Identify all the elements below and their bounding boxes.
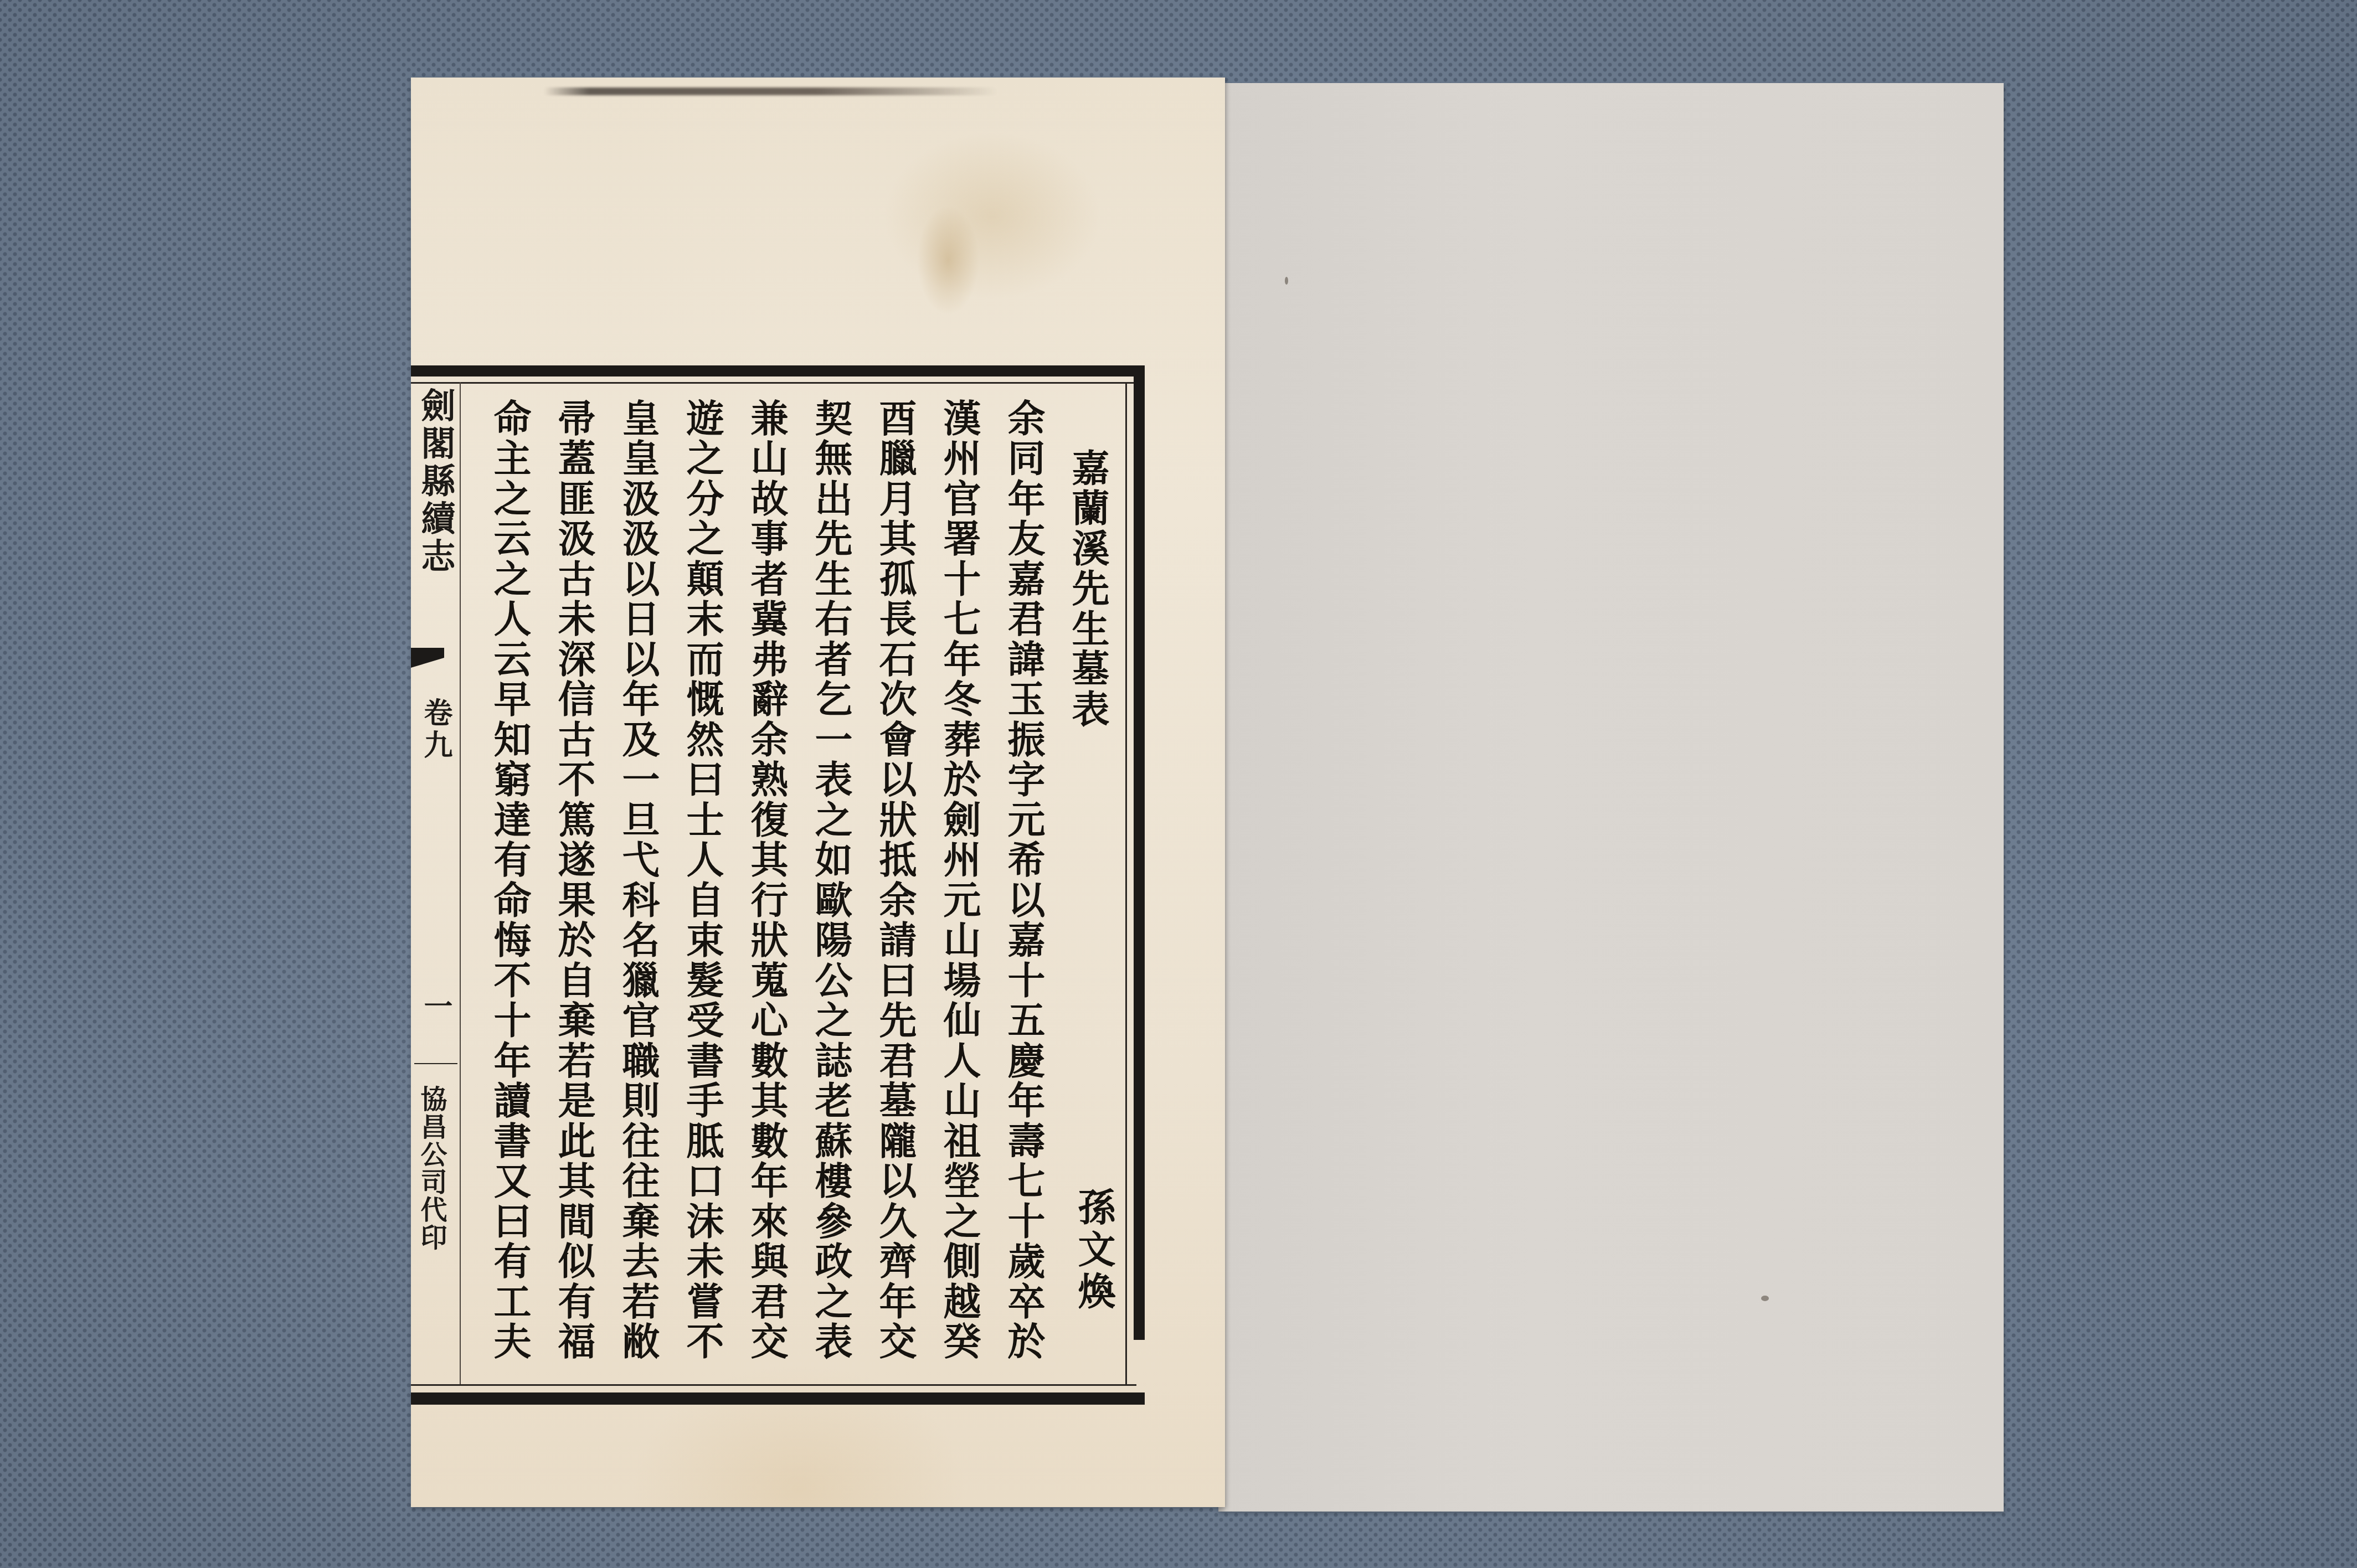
page-number: 一 [414, 991, 456, 1023]
blank-right-page [1218, 83, 2004, 1512]
frame-border-top [411, 365, 1145, 376]
banxin-divider-line [460, 382, 461, 1384]
text-column-2: 漢州官署十七年冬葬於劍州元山場仙人山祖塋之側越癸 [927, 399, 991, 1362]
frame-border-right [1134, 365, 1145, 1340]
article-author: 孫文煥 [1067, 1188, 1121, 1314]
frame-inner-line-bottom [411, 1384, 1136, 1386]
printer-credit: 協昌公司代印 [414, 1085, 449, 1251]
fish-tail-mark-icon [411, 648, 444, 668]
article-body: 嘉蘭溪先生墓表 余同年友嘉君諱玉振字元希以嘉十五慶年壽七十歲卒於 漢州官署十七年… [466, 399, 1120, 1384]
frame-border-bottom [411, 1392, 1145, 1405]
banxin-rule [414, 1063, 457, 1064]
book-title: 劍閣縣續志 [414, 388, 456, 576]
text-column-9: 命主之云之人云早知窮達有命悔不十年讀書又曰有工夫 [477, 399, 542, 1362]
text-column-8: 帚蓋匪汲古未深信古不篤遂果於自棄若是此其間似有福 [542, 399, 606, 1362]
ink-stain [544, 87, 998, 95]
paper-speck [1761, 1296, 1769, 1301]
article-title: 嘉蘭溪先生墓表 [1056, 399, 1120, 730]
banxin-margin: 劍閣縣續志 卷九 一 協昌公司代印 [411, 388, 460, 1384]
printed-left-page: 劍閣縣續志 卷九 一 協昌公司代印 嘉蘭溪先生墓表 余同年友嘉君諱玉振字元希以嘉… [411, 78, 1225, 1507]
text-column-7: 皇皇汲汲以日以年及一旦弋科名獵官職則往往棄去若敝 [606, 399, 670, 1362]
text-column-3: 酉臘月其孤長石次會以狀抵余請曰先君墓隴以久齊年交 [863, 399, 927, 1362]
printed-frame: 劍閣縣續志 卷九 一 協昌公司代印 嘉蘭溪先生墓表 余同年友嘉君諱玉振字元希以嘉… [411, 365, 1145, 1406]
frame-inner-line-top [411, 382, 1136, 384]
volume-label: 卷九 [414, 698, 456, 762]
text-column-4: 契無出先生右者乞一表之如歐陽公之誌老蘇樓參政之表 [799, 399, 863, 1362]
text-column-6: 遊之分之顛末而慨然曰士人自束髮受書手胝口沫未嘗不 [670, 399, 734, 1362]
text-column-1: 余同年友嘉君諱玉振字元希以嘉十五慶年壽七十歲卒於 [991, 399, 1056, 1362]
frame-inner-line-right [1125, 382, 1127, 1384]
text-column-5: 兼山故事者冀弗辭余熟復其行狀蒐心數其數年來與君交 [734, 399, 799, 1362]
paper-speck [1285, 277, 1288, 285]
